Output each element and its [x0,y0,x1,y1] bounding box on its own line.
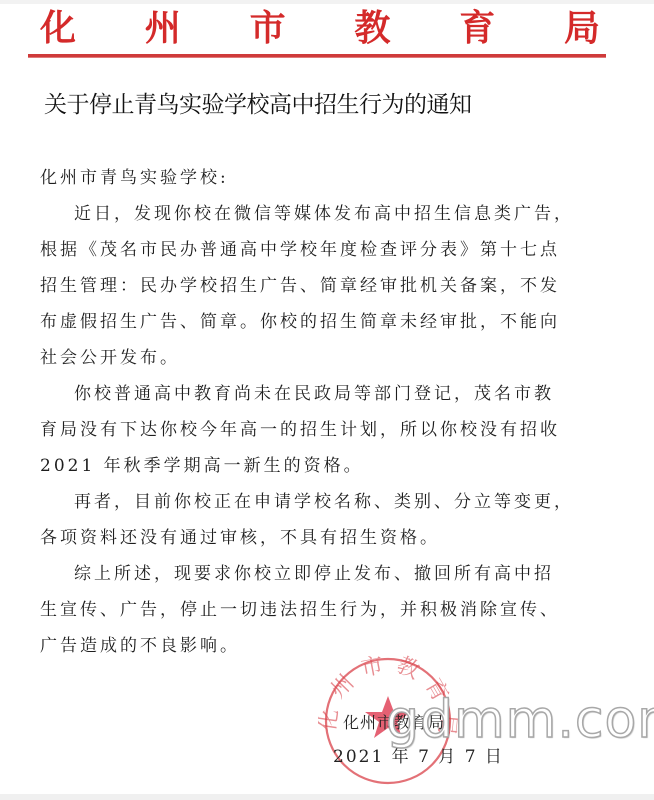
document-body: 化州市青鸟实验学校: 近日，发现你校在微信等媒体发布高中招生信息类广告， 根据《… [40,160,600,664]
paragraph-line: 招生管理：民办学校招生广告、简章经审批机关备案，不发 [40,268,600,304]
paragraph-line: 你校普通高中教育尚未在民政局等部门登记，茂名市教 [40,376,600,412]
red-divider [28,54,606,58]
paragraph-line: 布虚假招生广告、简章。你校的招生简章未经审批，不能向 [40,304,600,340]
paragraph-line: 育局没有下达你校今年高一的招生计划，所以你校没有招收 [40,412,600,448]
paragraph-line: 综上所述，现要求你校立即停止发布、撤回所有高中招 [40,556,600,592]
top-border [0,0,654,4]
bottom-border [0,794,654,800]
paragraph-line: 再者，目前你校正在申请学校名称、类别、分立等变更， [40,484,600,520]
masthead-char: 化 [40,6,76,50]
paragraph-line: 各项资料还没有通过审核，不具有招生资格。 [40,520,600,556]
paragraph-line: 近日，发现你校在微信等媒体发布高中招生信息类广告， [40,196,600,232]
watermark: gdmm.com [386,690,654,750]
paragraph-line: 根据《茂名市民办普通高中学校年度检查评分表》第十七点 [40,232,600,268]
paragraph-line: 社会公开发布。 [40,340,600,376]
document-title: 关于停止青鸟实验学校高中招生行为的通知 [44,88,472,122]
paragraph-line: 2021 年秋季学期高一新生的资格。 [40,448,600,484]
salutation: 化州市青鸟实验学校: [40,160,600,196]
masthead-char: 教 [354,6,390,50]
masthead-char: 育 [459,6,495,50]
paragraph-line: 生宣传、广告，停止一切违法招生行为，并积极消除宣传、 [40,592,600,628]
masthead-char: 市 [250,6,286,50]
masthead-char: 州 [145,6,181,50]
masthead-char: 局 [564,6,600,50]
masthead: 化 州 市 教 育 局 [40,6,600,50]
